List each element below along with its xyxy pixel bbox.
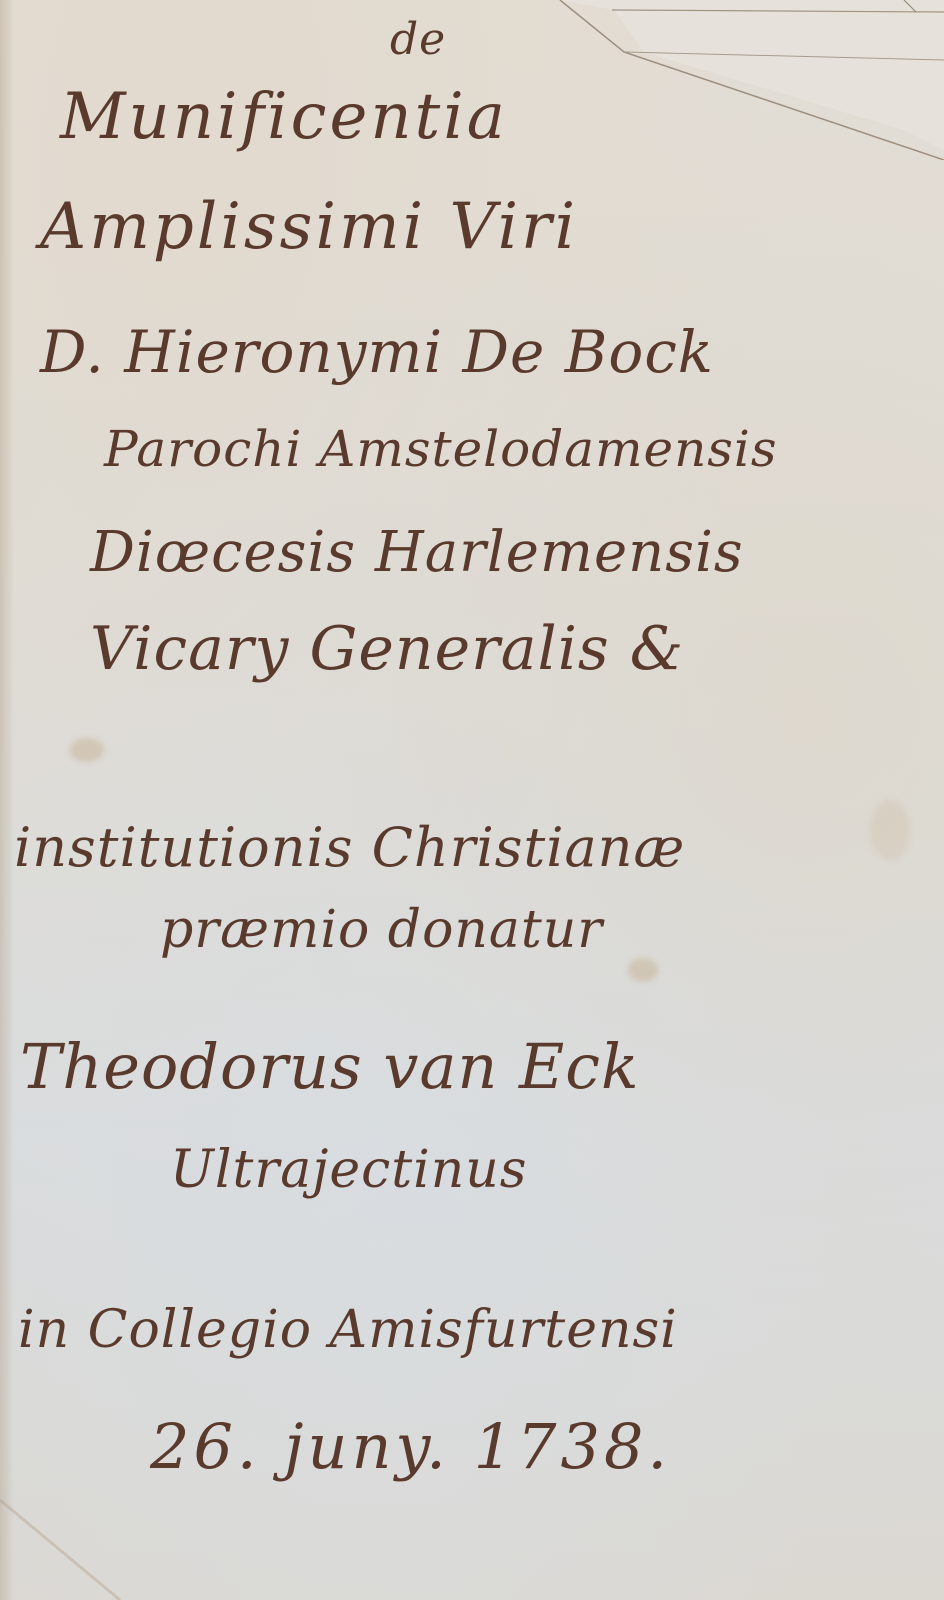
paper-stain [70,738,104,762]
inscription-line-9: præmio donatur [160,900,603,960]
inscription-line-5: Parochi Amstelodamensis [104,420,778,478]
folded-corner [544,0,944,160]
paper-stain [870,800,910,860]
paper-crease [0,1440,260,1600]
inscription-line-6: Diœcesis Harlemensis [90,520,744,585]
inscription-line-11: Ultrajectinus [170,1140,527,1200]
inscription-line-1: de [390,14,446,65]
inscription-line-10: Theodorus van Eck [20,1030,640,1103]
page-edge-shadow [0,0,14,1600]
paper-stain [628,958,658,982]
inscription-line-3: Amplissimi Viri [40,190,578,264]
inscription-line-12: in Collegio Amisfurtensi [18,1300,678,1360]
inscription-line-2: Munificentia [60,80,508,154]
inscription-line-8: institutionis Christianæ [14,816,685,879]
inscription-line-4: D. Hieronymi De Bock [40,318,714,386]
inscription-line-7: Vicary Generalis & [90,614,684,684]
manuscript-page: de Munificentia Amplissimi Viri D. Hiero… [0,0,944,1600]
